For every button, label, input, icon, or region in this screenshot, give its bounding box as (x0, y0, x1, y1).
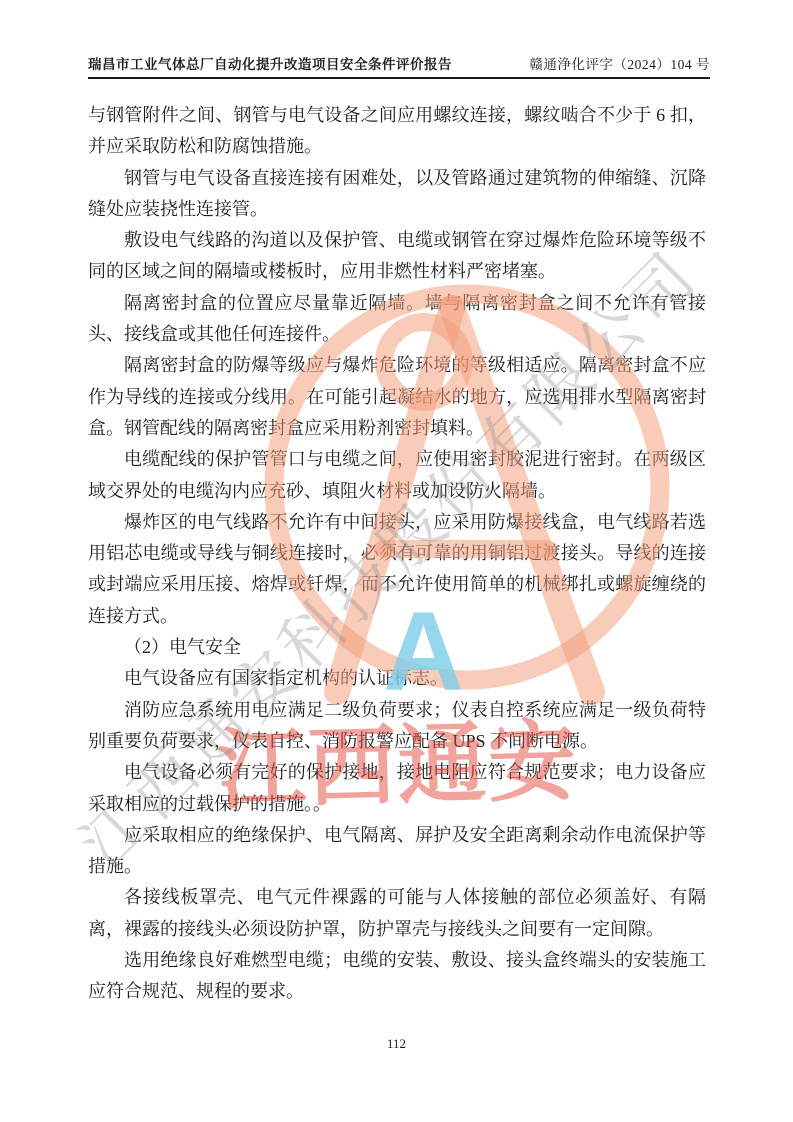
paragraph: （2）电气安全 (88, 632, 706, 663)
paragraph: 各接线板罩壳、电气元件裸露的可能与人体接触的部位必须盖好、有隔离，裸露的接线头必… (88, 882, 706, 945)
page-header: 瑞昌市工业气体总厂自动化提升改造项目安全条件评价报告 赣通浄化评字（2024）1… (88, 56, 710, 79)
page-number: 112 (387, 1036, 406, 1051)
header-document-number: 赣通浄化评字（2024）104 号 (529, 56, 710, 74)
paragraph: 电气设备必须有完好的保护接地，接地电阻应符合规范要求；电力设备应采取相应的过载保… (88, 757, 706, 820)
paragraph: 与钢管附件之间、钢管与电气设备之间应用螺纹连接，螺纹啮合不少于 6 扣，并应采取… (88, 100, 706, 163)
page-footer: 112 (0, 1036, 793, 1052)
paragraph: 选用绝缘良好难燃型电缆；电缆的安装、敷设、接头盒终端头的安装施工应符合规范、规程… (88, 945, 706, 1008)
paragraph: 隔离密封盒的防爆等级应与爆炸危险环境的等级相适应。隔离密封盒不应作为导线的连接或… (88, 350, 706, 444)
paragraph: 电气设备应有国家指定机构的认证标志。 (88, 663, 706, 694)
paragraph: 爆炸区的电气线路不允许有中间接头，应采用防爆接线盒，电气线路若选用铝芯电缆或导线… (88, 507, 706, 632)
document-body: 与钢管附件之间、钢管与电气设备之间应用螺纹连接，螺纹啮合不少于 6 扣，并应采取… (88, 100, 706, 1008)
paragraph: 应采取相应的绝缘保护、电气隔离、屏护及安全距离剩余动作电流保护等措施。 (88, 820, 706, 883)
paragraph: 钢管与电气设备直接连接有困难处，以及管路通过建筑物的伸缩缝、沉降缝处应装挠性连接… (88, 163, 706, 226)
paragraph: 消防应急系统用电应满足二级负荷要求；仪表自控系统应满足一级负荷特别重要负荷要求，… (88, 695, 706, 758)
paragraph: 隔离密封盒的位置应尽量靠近隔墙。墙与隔离密封盒之间不允许有管接头、接线盒或其他任… (88, 288, 706, 351)
paragraph: 电缆配线的保护管管口与电缆之间，应使用密封胶泥进行密封。在两级区域交界处的电缆沟… (88, 444, 706, 507)
paragraph: 敷设电气线路的沟道以及保护管、电缆或钢管在穿过爆炸危险环境等级不同的区域之间的隔… (88, 225, 706, 288)
document-page: 瑞昌市工业气体总厂自动化提升改造项目安全条件评价报告 赣通浄化评字（2024）1… (0, 0, 793, 1122)
header-report-title: 瑞昌市工业气体总厂自动化提升改造项目安全条件评价报告 (88, 56, 452, 74)
